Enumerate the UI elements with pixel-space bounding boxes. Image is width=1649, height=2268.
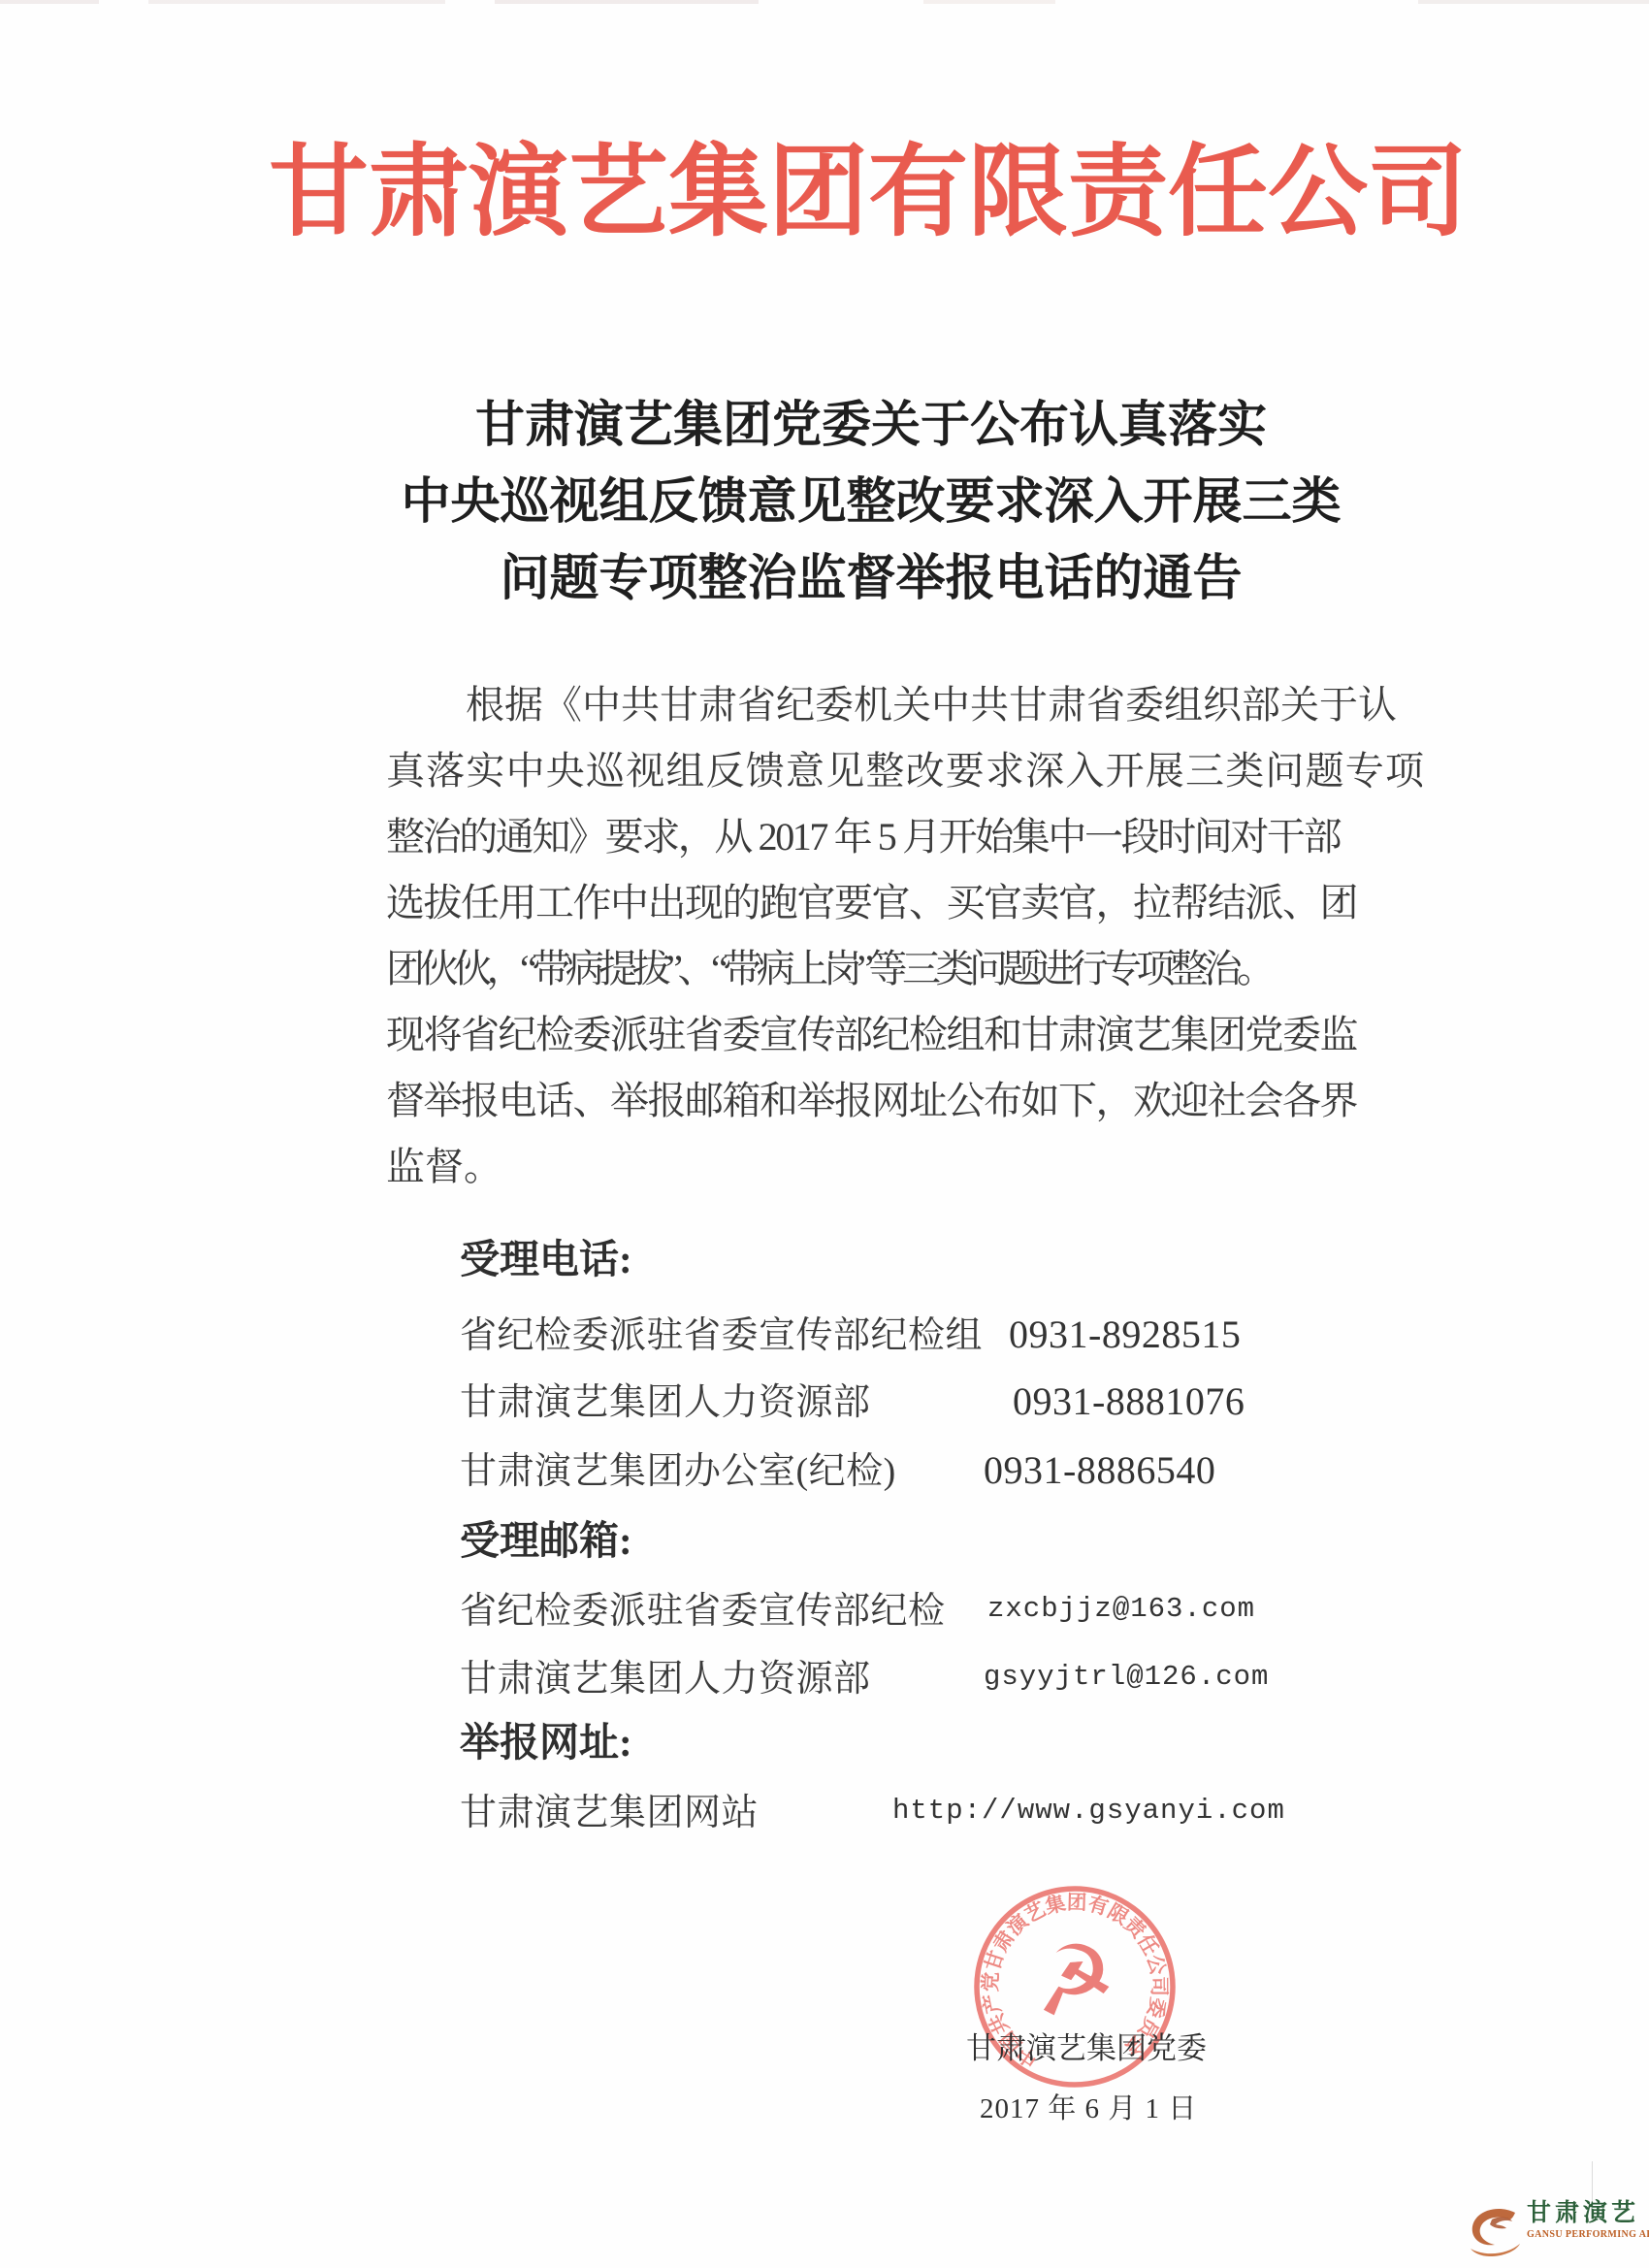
body-line: 真落实中央巡视组反馈意见整改要求深入开展三类问题专项 [386, 738, 1425, 804]
email-row-label: 甘肃演艺集团人力资源部 [460, 1661, 871, 1698]
phone-number: 0931-8886540 [984, 1451, 1215, 1490]
email-row: 甘肃演艺集团人力资源部 gsyyjtrl@126.com [0, 1661, 1649, 1711]
phone-row: 省纪检委派驻省委宣传部纪检组 0931-8928515 [0, 1317, 1649, 1368]
body-line: 整治的通知》要求，从 2017 年 5 月开始集中一段时间对干部 [386, 804, 1340, 870]
signature-date: 2017 年 6 月 1 日 [980, 2095, 1197, 2123]
document-title-line: 问题专项整治监督举报电话的通告 [47, 541, 1649, 618]
body-line: 根据《中共甘肃省纪委机关中共甘肃省委组织部关于认 [386, 672, 1397, 738]
scanned-notice-document: 甘肃演艺集团有限责任公司 甘肃演艺集团党委关于公布认真落实 中央巡视组反馈意见整… [0, 0, 1649, 2268]
logo-cn-text: 甘肃演艺 [1527, 2200, 1649, 2227]
body-line: 监督。 [386, 1134, 502, 1200]
logo-text: 甘肃演艺 GANSU PERFORMING ARTS [1527, 2200, 1649, 2240]
phone-section-heading: 受理电话: [460, 1240, 632, 1280]
email-section-heading: 受理邮箱: [460, 1521, 632, 1561]
body-line: 团伙伙，“带病提拔”、“带病上岗”等三类问题进行专项整治。 [386, 936, 1271, 1002]
signature-name: 甘肃演艺集团党委 [966, 2033, 1207, 2063]
email-row: 省纪检委派驻省委宣传部纪检 zxcbjjz@163.com [0, 1593, 1649, 1643]
phone-number: 0931-8928515 [1009, 1315, 1241, 1354]
phone-row-label: 甘肃演艺集团办公室(纪检) [460, 1453, 896, 1490]
web-row: 甘肃演艺集团网站 http://www.gsyanyi.com [0, 1795, 1649, 1845]
email-row-label: 省纪检委派驻省委宣传部纪检 [460, 1593, 946, 1630]
web-row-label: 甘肃演艺集团网站 [460, 1795, 759, 1831]
web-section-heading: 举报网址: [460, 1723, 632, 1763]
phone-number: 0931-8881076 [1013, 1382, 1245, 1421]
body-line: 选拔任用工作中出现的跑官要官、买官卖官，拉帮结派、团 [386, 870, 1357, 936]
company-letterhead: 甘肃演艺集团有限责任公司 [44, 134, 1649, 254]
phone-row: 甘肃演艺集团办公室(纪检) 0931-8886540 [0, 1453, 1649, 1504]
email-address: gsyyjtrl@126.com [984, 1663, 1269, 1691]
phone-row-label: 省纪检委派驻省委宣传部纪检组 [460, 1317, 983, 1354]
report-url: http://www.gsyanyi.com [892, 1797, 1285, 1825]
party-seal: 中国共产党甘肃演艺集团有限责任公司委员会 ☭ [958, 1870, 1191, 2103]
scan-edge-artifact [0, 0, 1649, 4]
logo-en-text: GANSU PERFORMING ARTS [1527, 2229, 1649, 2240]
phone-row-label: 甘肃演艺集团人力资源部 [460, 1384, 871, 1421]
body-line: 现将省纪检委派驻省委宣传部纪检组和甘肃演艺集团党委监 [386, 1002, 1357, 1068]
logo-swirl-icon [1467, 2206, 1523, 2256]
body-line: 督举报电话、举报邮箱和举报网址公布如下，欢迎社会各界 [386, 1068, 1357, 1134]
email-address: zxcbjjz@163.com [987, 1595, 1255, 1623]
document-title-line: 甘肃演艺集团党委关于公布认真落实 [47, 388, 1649, 465]
document-title: 甘肃演艺集团党委关于公布认真落实 中央巡视组反馈意见整改要求深入开展三类 问题专… [47, 388, 1649, 618]
document-title-line: 中央巡视组反馈意见整改要求深入开展三类 [47, 465, 1649, 541]
hammer-sickle-icon: ☭ [1025, 1921, 1123, 2040]
gansu-performing-arts-logo: 甘肃演艺 GANSU PERFORMING ARTS [1467, 2200, 1649, 2256]
phone-row: 甘肃演艺集团人力资源部 0931-8881076 [0, 1384, 1649, 1435]
